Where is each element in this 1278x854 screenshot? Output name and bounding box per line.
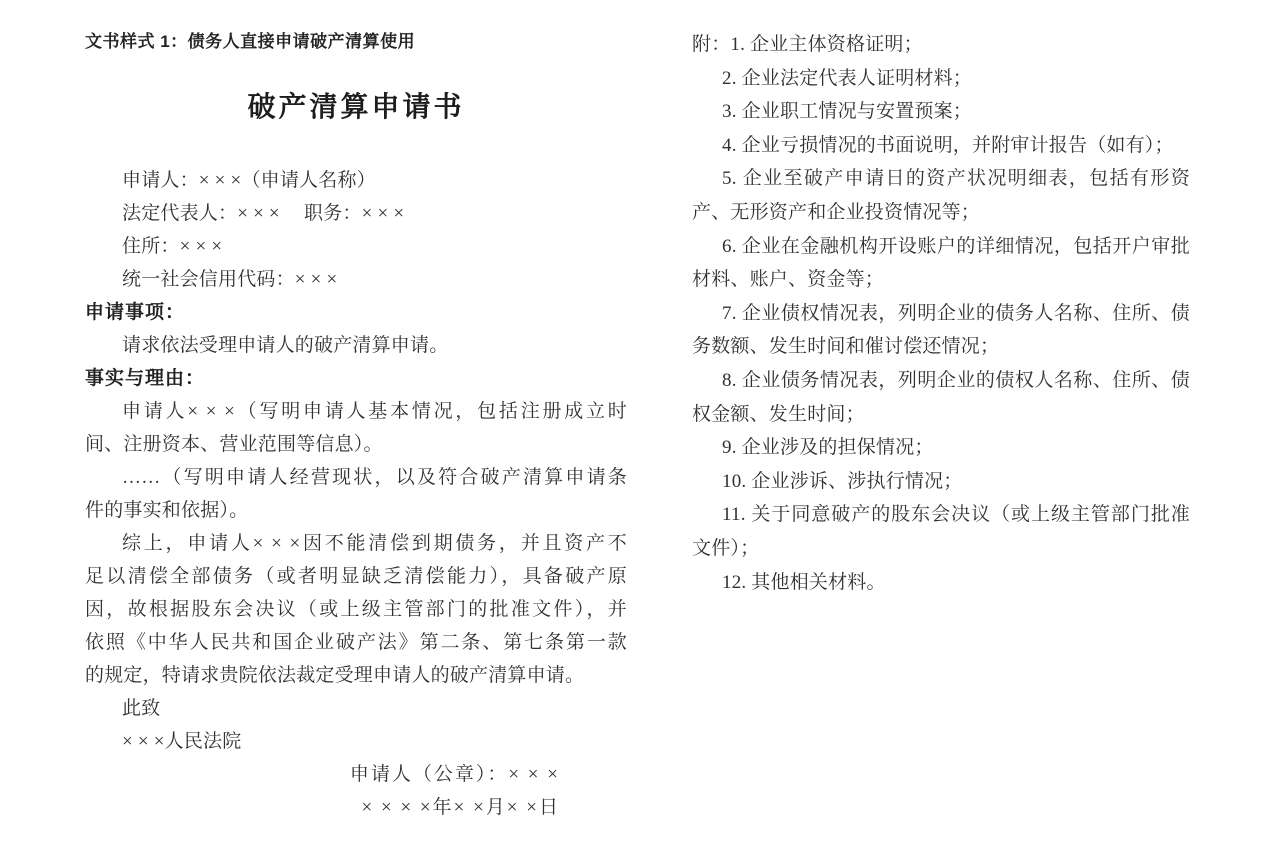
document-line: 5. 企业至破产申请日的资产状况明细表，包括有形资 [692, 162, 1190, 196]
document-line: 依照《中华人民共和国企业破产法》第二条、第七条第一款 [85, 626, 627, 659]
document-line: 因，故根据股东会决议（或上级主管部门的批准文件），并 [85, 593, 627, 626]
document-line: 务数额、发生时间和催讨偿还情况； [692, 330, 1190, 364]
document-line: ……（写明申请人经营现状，以及符合破产清算申请条 [85, 461, 627, 494]
document-line: 10. 企业涉诉、涉执行情况； [692, 465, 1190, 499]
signature-line: × × × ×年× ×月× ×日 [85, 791, 627, 824]
document-line: 间、注册资本、营业范围等信息）。 [85, 428, 627, 461]
page-right: 附：1. 企业主体资格证明；2. 企业法定代表人证明材料；3. 企业职工情况与安… [692, 28, 1190, 599]
document-title: 破产清算申请书 [85, 90, 627, 126]
document-line: 请求依法受理申请人的破产清算申请。 [85, 329, 627, 362]
document-line: 住所：× × × [85, 230, 627, 263]
section-heading: 申请事项： [85, 296, 627, 329]
document-line: 综上，申请人× × ×因不能清偿到期债务，并且资产不 [85, 527, 627, 560]
document-canvas: 文书样式 1：债务人直接申请破产清算使用 破产清算申请书 申请人：× × ×（申… [0, 0, 1278, 854]
attachment-list: 附：1. 企业主体资格证明；2. 企业法定代表人证明材料；3. 企业职工情况与安… [692, 28, 1190, 599]
document-line: 2. 企业法定代表人证明材料； [692, 62, 1190, 96]
document-line: 产、无形资产和企业投资情况等； [692, 196, 1190, 230]
document-line: 统一社会信用代码：× × × [85, 263, 627, 296]
page-left: 文书样式 1：债务人直接申请破产清算使用 破产清算申请书 申请人：× × ×（申… [85, 30, 627, 824]
left-page-body: 申请人：× × ×（申请人名称）法定代表人：× × × 职务：× × ×住所：×… [85, 164, 627, 824]
signature-line: 申请人（公章）：× × × [85, 758, 627, 791]
document-line: 权金额、发生时间； [692, 398, 1190, 432]
document-line: × × ×人民法院 [85, 725, 627, 758]
document-line: 申请人：× × ×（申请人名称） [85, 164, 627, 197]
section-heading: 事实与理由： [85, 362, 627, 395]
document-line: 11. 关于同意破产的股东会决议（或上级主管部门批准 [692, 498, 1190, 532]
document-line: 法定代表人：× × × 职务：× × × [85, 197, 627, 230]
document-line: 9. 企业涉及的担保情况； [692, 431, 1190, 465]
doc-type-label: 文书样式 1：债务人直接申请破产清算使用 [85, 30, 627, 54]
document-line: 的规定，特请求贵院依法裁定受理申请人的破产清算申请。 [85, 659, 627, 692]
document-line: 申请人× × ×（写明申请人基本情况，包括注册成立时 [85, 395, 627, 428]
document-line: 件的事实和依据）。 [85, 494, 627, 527]
document-line: 3. 企业职工情况与安置预案； [692, 95, 1190, 129]
document-line: 12. 其他相关材料。 [692, 566, 1190, 600]
document-line: 文件）； [692, 532, 1190, 566]
document-line: 足以清偿全部债务（或者明显缺乏清偿能力），具备破产原 [85, 560, 627, 593]
document-line: 材料、账户、资金等； [692, 263, 1190, 297]
document-line: 6. 企业在金融机构开设账户的详细情况，包括开户审批 [692, 230, 1190, 264]
attachment-list-header: 附：1. 企业主体资格证明； [692, 28, 1190, 62]
document-line: 此致 [85, 692, 627, 725]
document-line: 8. 企业债务情况表，列明企业的债权人名称、住所、债 [692, 364, 1190, 398]
document-line: 7. 企业债权情况表，列明企业的债务人名称、住所、债 [692, 297, 1190, 331]
document-line: 4. 企业亏损情况的书面说明，并附审计报告（如有）； [692, 129, 1190, 163]
